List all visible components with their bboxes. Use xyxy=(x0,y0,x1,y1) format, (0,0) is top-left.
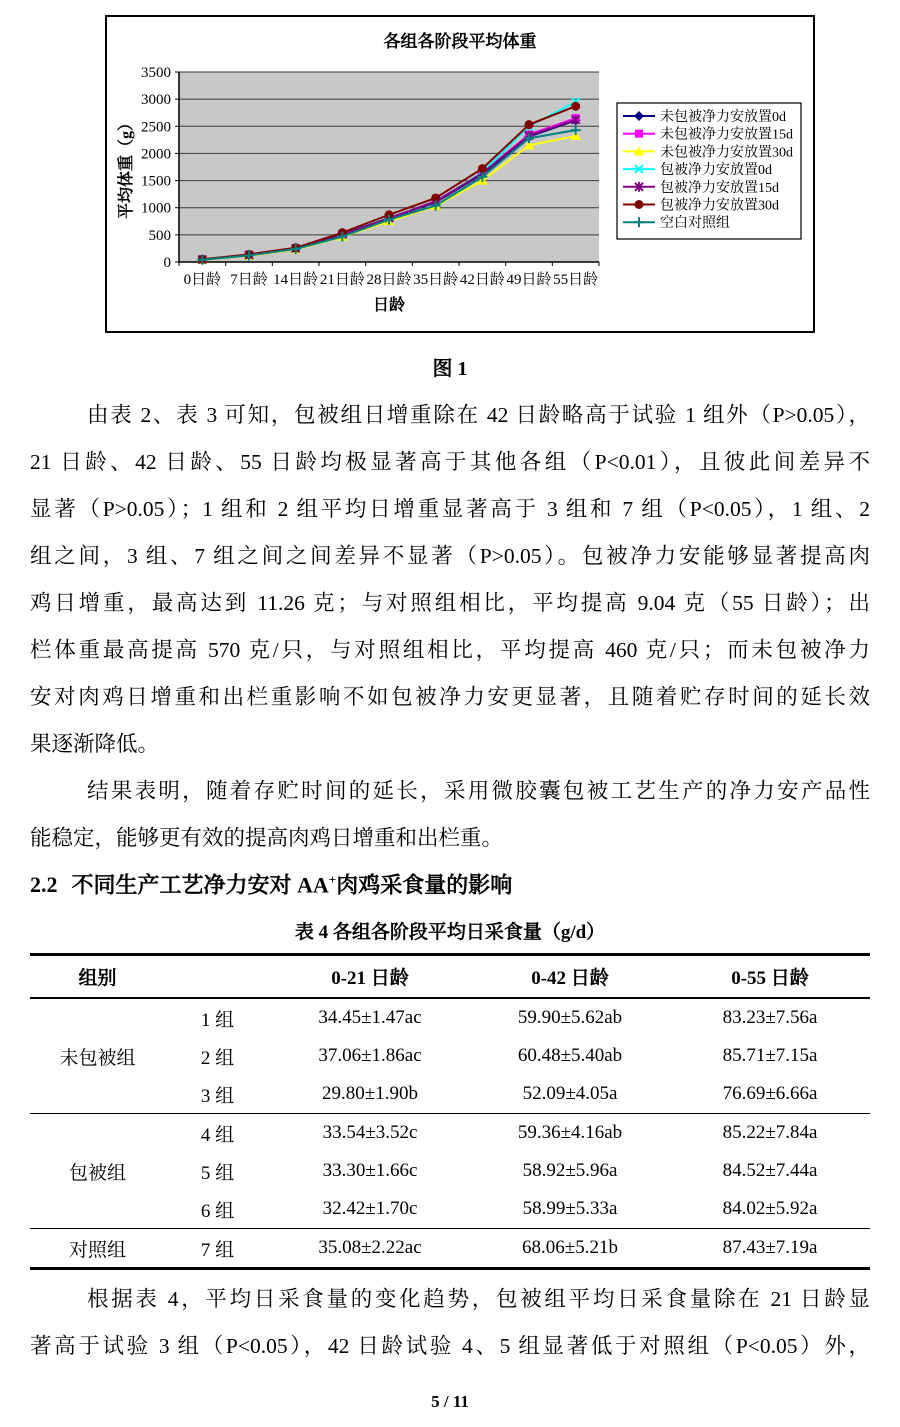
weight-chart: 各组各阶段平均体重05001000150020002500300035000日龄… xyxy=(107,17,813,329)
header-sub xyxy=(165,955,270,999)
value-cell: 85.22±7.84a xyxy=(670,1114,870,1153)
svg-text:3000: 3000 xyxy=(141,92,171,108)
group-label-cell: 对照组 xyxy=(30,1229,165,1269)
weight-chart-frame: 各组各阶段平均体重05001000150020002500300035000日龄… xyxy=(105,15,815,333)
section-number: 2.2 xyxy=(30,872,58,897)
svg-text:2000: 2000 xyxy=(141,146,171,162)
svg-text:平均体重（g）: 平均体重（g） xyxy=(116,115,135,219)
subgroup-cell: 3 组 xyxy=(165,1075,270,1114)
subgroup-cell: 4 组 xyxy=(165,1114,270,1153)
table-row: 包被组4 组33.54±3.52c59.36±4.16ab85.22±7.84a xyxy=(30,1114,870,1153)
svg-text:21日龄: 21日龄 xyxy=(320,270,365,288)
value-cell: 85.71±7.15a xyxy=(670,1037,870,1075)
value-cell: 59.90±5.62ab xyxy=(470,998,670,1037)
value-cell: 32.42±1.70c xyxy=(270,1190,470,1229)
section-title-pre: 不同生产工艺净力安对 AA xyxy=(72,872,329,897)
header-0-55: 0-55 日龄 xyxy=(670,955,870,999)
svg-text:各组各阶段平均体重: 各组各阶段平均体重 xyxy=(384,31,537,51)
value-cell: 68.06±5.21b xyxy=(470,1229,670,1269)
svg-text:空白对照组: 空白对照组 xyxy=(660,214,730,231)
paragraph-line: 果逐渐降低。 xyxy=(30,721,870,768)
paragraph-line: 结果表明，随着存贮时间的延长，采用微胶囊包被工艺生产的净力安产品性 xyxy=(30,768,870,815)
svg-text:28日龄: 28日龄 xyxy=(366,270,411,288)
section-heading: 2.2不同生产工艺净力安对 AA+肉鸡采食量的影响 xyxy=(30,860,870,905)
header-0-42: 0-42 日龄 xyxy=(470,955,670,999)
subgroup-cell: 1 组 xyxy=(165,998,270,1037)
svg-text:1500: 1500 xyxy=(141,174,171,190)
paragraph-line: 著高于试验 3 组（P<0.05），42 日龄试验 4、5 组显著低于对照组（P… xyxy=(30,1323,870,1370)
svg-text:0: 0 xyxy=(164,255,172,271)
svg-text:42日龄: 42日龄 xyxy=(460,270,505,288)
value-cell: 37.06±1.86ac xyxy=(270,1037,470,1075)
table: 组别 0-21 日龄 0-42 日龄 0-55 日龄 未包被组1 组34.45±… xyxy=(30,953,870,1270)
value-cell: 83.23±7.56a xyxy=(670,998,870,1037)
header-0-21: 0-21 日龄 xyxy=(270,955,470,999)
value-cell: 84.52±7.44a xyxy=(670,1152,870,1190)
svg-text:49日龄: 49日龄 xyxy=(506,270,551,288)
paragraph-line: 组之间，3 组、7 组之间之间差异不显著（P>0.05）。包被净力安能够显著提高… xyxy=(30,533,870,580)
value-cell: 58.99±5.33a xyxy=(470,1190,670,1229)
section-title-post: 肉鸡采食量的影响 xyxy=(336,872,512,897)
paragraph-line: 21 日龄、42 日龄、55 日龄均极显著高于其他各组（P<0.01），且彼此间… xyxy=(30,439,870,486)
svg-text:7日龄: 7日龄 xyxy=(230,270,268,288)
chart-legend: 未包被净力安放置0d未包被净力安放置15d未包被净力安放置30d包被净力安放置0… xyxy=(617,103,801,239)
subgroup-cell: 7 组 xyxy=(165,1229,270,1269)
svg-text:日龄: 日龄 xyxy=(373,295,405,314)
paragraph-3: 根据表 4，平均日采食量的变化趋势，包被组平均日采食量除在 21 日龄显著高于试… xyxy=(30,1276,870,1370)
svg-text:2500: 2500 xyxy=(141,119,171,135)
value-cell: 58.92±5.96a xyxy=(470,1152,670,1190)
value-cell: 60.48±5.40ab xyxy=(470,1037,670,1075)
table-caption: 表 4 各组各阶段平均日采食量（g/d） xyxy=(0,917,900,944)
value-cell: 76.69±6.66a xyxy=(670,1075,870,1114)
value-cell: 34.45±1.47ac xyxy=(270,998,470,1037)
svg-text:14日龄: 14日龄 xyxy=(273,270,318,288)
paragraph-2: 结果表明，随着存贮时间的延长，采用微胶囊包被工艺生产的净力安产品性能稳定，能够更… xyxy=(30,768,870,862)
value-cell: 52.09±4.05a xyxy=(470,1075,670,1114)
value-cell: 87.43±7.19a xyxy=(670,1229,870,1269)
paragraph-line: 根据表 4，平均日采食量的变化趋势，包被组平均日采食量除在 21 日龄显 xyxy=(30,1276,870,1323)
value-cell: 33.54±3.52c xyxy=(270,1114,470,1153)
svg-text:1000: 1000 xyxy=(141,201,171,217)
svg-text:包被净力安放置0d: 包被净力安放置0d xyxy=(660,161,772,178)
page: 各组各阶段平均体重05001000150020002500300035000日龄… xyxy=(0,0,900,1427)
paragraph-line: 能稳定，能够更有效的提高肉鸡日增重和出栏重。 xyxy=(30,815,870,862)
svg-text:500: 500 xyxy=(149,228,172,244)
value-cell: 33.30±1.66c xyxy=(270,1152,470,1190)
feed-intake-table: 组别 0-21 日龄 0-42 日龄 0-55 日龄 未包被组1 组34.45±… xyxy=(30,953,870,1270)
subgroup-cell: 2 组 xyxy=(165,1037,270,1075)
svg-text:包被净力安放置30d: 包被净力安放置30d xyxy=(660,197,779,214)
subgroup-cell: 6 组 xyxy=(165,1190,270,1229)
figure-caption: 图 1 xyxy=(0,352,900,381)
svg-text:未包被净力安放置15d: 未包被净力安放置15d xyxy=(660,126,793,143)
table-header-row: 组别 0-21 日龄 0-42 日龄 0-55 日龄 xyxy=(30,955,870,999)
paragraph-line: 显著（P>0.05）；1 组和 2 组平均日增重显著高于 3 组和 7 组（P<… xyxy=(30,486,870,533)
paragraph-line: 安对肉鸡日增重和出栏重影响不如包被净力安更显著，且随着贮存时间的延长效 xyxy=(30,674,870,721)
svg-text:未包被净力安放置30d: 未包被净力安放置30d xyxy=(660,143,793,160)
paragraph-1: 由表 2、表 3 可知，包被组日增重除在 42 日龄略高于试验 1 组外（P>0… xyxy=(30,392,870,768)
value-cell: 84.02±5.92a xyxy=(670,1190,870,1229)
table-row: 未包被组1 组34.45±1.47ac59.90±5.62ab83.23±7.5… xyxy=(30,998,870,1037)
paragraph-line: 由表 2、表 3 可知，包被组日增重除在 42 日龄略高于试验 1 组外（P>0… xyxy=(30,392,870,439)
header-group: 组别 xyxy=(30,955,165,999)
svg-text:未包被净力安放置0d: 未包被净力安放置0d xyxy=(660,108,786,125)
group-label-cell: 未包被组 xyxy=(30,998,165,1114)
svg-text:35日龄: 35日龄 xyxy=(413,270,458,288)
paragraph-line: 鸡日增重，最高达到 11.26 克；与对照组相比，平均提高 9.04 克（55 … xyxy=(30,580,870,627)
page-number: 5 / 11 xyxy=(0,1392,900,1412)
svg-text:55日龄: 55日龄 xyxy=(553,270,598,288)
svg-text:3500: 3500 xyxy=(141,65,171,81)
subgroup-cell: 5 组 xyxy=(165,1152,270,1190)
value-cell: 59.36±4.16ab xyxy=(470,1114,670,1153)
table-row: 对照组7 组35.08±2.22ac68.06±5.21b87.43±7.19a xyxy=(30,1229,870,1269)
value-cell: 29.80±1.90b xyxy=(270,1075,470,1114)
group-label-cell: 包被组 xyxy=(30,1114,165,1229)
value-cell: 35.08±2.22ac xyxy=(270,1229,470,1269)
svg-text:包被净力安放置15d: 包被净力安放置15d xyxy=(660,179,779,196)
paragraph-line: 栏体重最高提高 570 克/只，与对照组相比，平均提高 460 克/只；而未包被… xyxy=(30,627,870,674)
svg-text:0日龄: 0日龄 xyxy=(184,270,222,288)
